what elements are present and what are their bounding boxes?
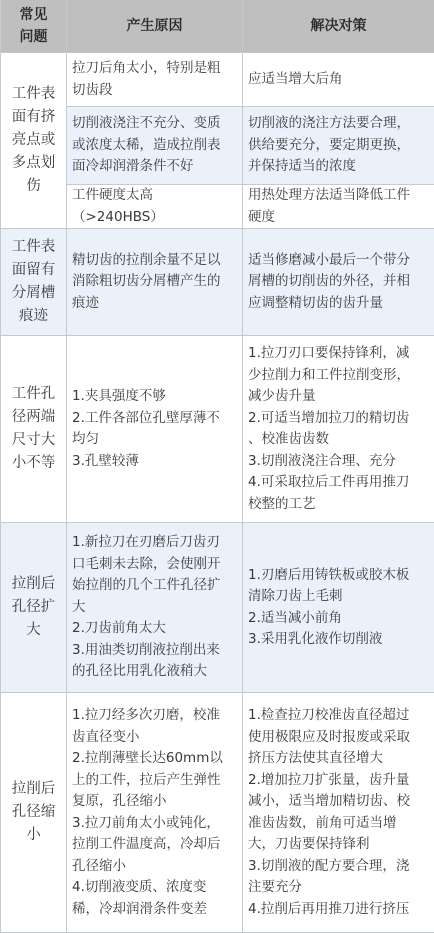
issue-line: 拉削后 — [6, 778, 61, 801]
cause-cell: 精切齿的拉削余量不足以 消除粗切齿分屑槽产生的 痕迹 — [67, 229, 243, 336]
solution-line: 、校准齿齿数 — [248, 429, 429, 451]
solution-line: 1.刃磨后用铸铁板或胶木板 — [248, 565, 429, 587]
solution-cell: 应适当增大后角 — [243, 53, 434, 107]
cause-line: 切削液浇注不充分、变质 — [72, 113, 237, 135]
cause-line: 孔径缩小 — [72, 856, 237, 878]
solution-line: 清除刀齿上毛刺 — [248, 586, 429, 608]
issue-cell: 工件孔 径两端 尺寸大 小不等 — [1, 336, 67, 523]
cause-line: 复原，孔径缩小 — [72, 791, 237, 813]
issue-line: 痕迹 — [6, 305, 61, 328]
header-cause: 产生原因 — [67, 0, 243, 53]
cause-line: 拉刀后角太小，特别是粗 — [72, 58, 237, 80]
table-row: 拉削后 孔径缩 小 1.拉刀经多次刃磨，校准 齿直径变小 2.拉削薄壁长达60m… — [1, 693, 434, 933]
solution-line: 3.切削液浇注合理、充分 — [248, 451, 429, 473]
solution-line: 4.可采取拉后工件再用推刀 — [248, 472, 429, 494]
cause-line: 工件硬度太高 — [72, 185, 237, 207]
solution-line: 大，刀齿要保持锋利 — [248, 834, 429, 856]
header-issue-line: 问题 — [6, 26, 61, 48]
issue-line: 工件表 — [6, 236, 61, 259]
cause-line: （>240HBS） — [72, 207, 237, 229]
solution-line: 2.增加拉刀扩张量，齿升量 — [248, 770, 429, 792]
solution-line: 1.拉刀刃口要保持锋利，减 — [248, 343, 429, 365]
cause-line: 痕迹 — [72, 293, 237, 315]
header-issue: 常见 问题 — [1, 0, 67, 53]
issue-line: 工件孔 — [6, 383, 61, 406]
issue-line: 分屑槽 — [6, 282, 61, 305]
solution-line: 准齿齿数，前角可适当增 — [248, 813, 429, 835]
solution-cell: 1.刃磨后用铸铁板或胶木板 清除刀齿上毛刺 2.适当减小前角 3.采用乳化液作切… — [243, 523, 434, 693]
table-row: 工件孔 径两端 尺寸大 小不等 1.夹具强度不够 2.工件各部位孔壁厚薄不 均匀… — [1, 336, 434, 523]
issue-line: 面留有 — [6, 259, 61, 282]
issue-line: 大 — [6, 619, 61, 642]
issue-line: 面有挤 — [6, 106, 61, 129]
cause-line: 拉削工件温度高，冷却后 — [72, 834, 237, 856]
solution-line: 用热处理方法适当降低工件 — [248, 185, 429, 207]
solution-cell: 用热处理方法适当降低工件 硬度 — [243, 185, 434, 229]
table-row: 切削液浇注不充分、变质 或浓度太稀，造成拉削表 面冷却润滑条件不好 切削液的浇注… — [1, 107, 434, 185]
issue-line: 工件表 — [6, 83, 61, 106]
cause-cell: 1.新拉刀在刃磨后刀齿刃 口毛刺未去除，会使刚开 始拉削的几个工件孔径扩 大 2… — [67, 523, 243, 693]
solution-line: 减少齿升量 — [248, 386, 429, 408]
solution-cell: 1.拉刀刃口要保持锋利，减 少拉削力和工件拉削变形， 减少齿升量 2.可适当增加… — [243, 336, 434, 523]
table-row: 工件表 面有挤 亮点或 多点划 伤 拉刀后角太小，特别是粗 切齿段 应适当增大后… — [1, 53, 434, 107]
cause-cell: 工件硬度太高 （>240HBS） — [67, 185, 243, 229]
solution-line: 2.适当减小前角 — [248, 608, 429, 630]
solution-line: 应调整精切齿的齿升量 — [248, 293, 429, 315]
cause-line: 3.孔壁较薄 — [72, 451, 237, 473]
issue-line: 尺寸大 — [6, 429, 61, 452]
solution-line: 减小，适当增加精切齿、校 — [248, 791, 429, 813]
header-row: 常见 问题 产生原因 解决对策 — [1, 0, 434, 53]
cause-line: 消除粗切齿分屑槽产生的 — [72, 271, 237, 293]
solution-cell: 1.检查拉刀校准齿直径超过 使用极限应及时报废或采取 挤压方法使其直径增大 2.… — [243, 693, 434, 933]
cause-line: 2.工件各部位孔壁厚薄不 — [72, 408, 237, 430]
table-row: 工件表 面留有 分屑槽 痕迹 精切齿的拉削余量不足以 消除粗切齿分屑槽产生的 痕… — [1, 229, 434, 336]
cause-line: 的孔径比用乳化液稍大 — [72, 661, 237, 683]
solution-line: 并保持适当的浓度 — [248, 156, 429, 178]
cause-line: 2.拉削薄壁长达60mm以 — [72, 748, 237, 770]
cause-line: 稀，冷却润滑条件变差 — [72, 899, 237, 921]
issue-line: 孔径缩 — [6, 801, 61, 824]
solution-line: 校整的工艺 — [248, 494, 429, 516]
cause-line: 2.刀齿前角太大 — [72, 618, 237, 640]
cause-line: 1.拉刀经多次刃磨，校准 — [72, 705, 237, 727]
cause-cell: 切削液浇注不充分、变质 或浓度太稀，造成拉削表 面冷却润滑条件不好 — [67, 107, 243, 185]
solution-line: 切削液的浇注方法要合理， — [248, 113, 429, 135]
cause-line: 3.用油类切削液拉削出来 — [72, 640, 237, 662]
cause-line: 切齿段 — [72, 80, 237, 102]
issue-line: 小不等 — [6, 452, 61, 475]
solution-line: 少拉削力和工件拉削变形， — [248, 365, 429, 387]
solution-line: 应适当增大后角 — [248, 69, 429, 91]
cause-line: 3.拉刀前角太小或钝化， — [72, 813, 237, 835]
issue-line: 小 — [6, 824, 61, 847]
issue-line: 亮点或 — [6, 129, 61, 152]
solution-line: 3.切削液的配方要合理，浇 — [248, 856, 429, 878]
solution-line: 使用极限应及时报废或采取 — [248, 727, 429, 749]
cause-line: 1.夹具强度不够 — [72, 386, 237, 408]
solution-line: 1.检查拉刀校准齿直径超过 — [248, 705, 429, 727]
cause-line: 齿直径变小 — [72, 727, 237, 749]
cause-line: 1.新拉刀在刃磨后刀齿刃 — [72, 532, 237, 554]
table-row: 拉削后 孔径扩 大 1.新拉刀在刃磨后刀齿刃 口毛刺未去除，会使刚开 始拉削的几… — [1, 523, 434, 693]
solution-line: 注要充分 — [248, 877, 429, 899]
cause-line: 大 — [72, 597, 237, 619]
cause-line: 口毛刺未去除，会使刚开 — [72, 554, 237, 576]
cause-line: 4.切削液变质、浓度变 — [72, 877, 237, 899]
cause-line: 或浓度太稀，造成拉削表 — [72, 135, 237, 157]
solution-line: 3.采用乳化液作切削液 — [248, 629, 429, 651]
header-issue-line: 常见 — [6, 4, 61, 26]
cause-line: 精切齿的拉削余量不足以 — [72, 250, 237, 272]
issue-cell: 工件表 面有挤 亮点或 多点划 伤 — [1, 53, 67, 229]
cause-cell: 1.拉刀经多次刃磨，校准 齿直径变小 2.拉削薄壁长达60mm以 上的工件，拉后… — [67, 693, 243, 933]
solution-line: 供给要充分，要定期更换， — [248, 135, 429, 157]
solution-line: 4.拉削后再用推刀进行挤压 — [248, 899, 429, 921]
cause-line: 均匀 — [72, 429, 237, 451]
solution-line: 屑槽的切削齿的外径，并相 — [248, 271, 429, 293]
issue-line: 孔径扩 — [6, 596, 61, 619]
cause-cell: 1.夹具强度不够 2.工件各部位孔壁厚薄不 均匀 3.孔壁较薄 — [67, 336, 243, 523]
header-solution: 解决对策 — [243, 0, 434, 53]
cause-line: 面冷却润滑条件不好 — [72, 156, 237, 178]
broaching-troubleshooting-table: 常见 问题 产生原因 解决对策 工件表 面有挤 亮点或 多点划 伤 拉刀后角太小… — [0, 0, 434, 933]
issue-line: 拉削后 — [6, 573, 61, 596]
issue-cell: 拉削后 孔径扩 大 — [1, 523, 67, 693]
solution-cell: 适当修磨减小最后一个带分 屑槽的切削齿的外径，并相 应调整精切齿的齿升量 — [243, 229, 434, 336]
issue-line: 径两端 — [6, 406, 61, 429]
table-row: 工件硬度太高 （>240HBS） 用热处理方法适当降低工件 硬度 — [1, 185, 434, 229]
solution-line: 2.可适当增加拉刀的精切齿 — [248, 408, 429, 430]
solution-line: 挤压方法使其直径增大 — [248, 748, 429, 770]
solution-cell: 切削液的浇注方法要合理， 供给要充分，要定期更换， 并保持适当的浓度 — [243, 107, 434, 185]
solution-line: 适当修磨减小最后一个带分 — [248, 250, 429, 272]
issue-line: 伤 — [6, 175, 61, 198]
issue-cell: 工件表 面留有 分屑槽 痕迹 — [1, 229, 67, 336]
cause-line: 始拉削的几个工件孔径扩 — [72, 575, 237, 597]
issue-cell: 拉削后 孔径缩 小 — [1, 693, 67, 933]
issue-line: 多点划 — [6, 152, 61, 175]
cause-line: 上的工件，拉后产生弹性 — [72, 770, 237, 792]
solution-line: 硬度 — [248, 207, 429, 229]
cause-cell: 拉刀后角太小，特别是粗 切齿段 — [67, 53, 243, 107]
